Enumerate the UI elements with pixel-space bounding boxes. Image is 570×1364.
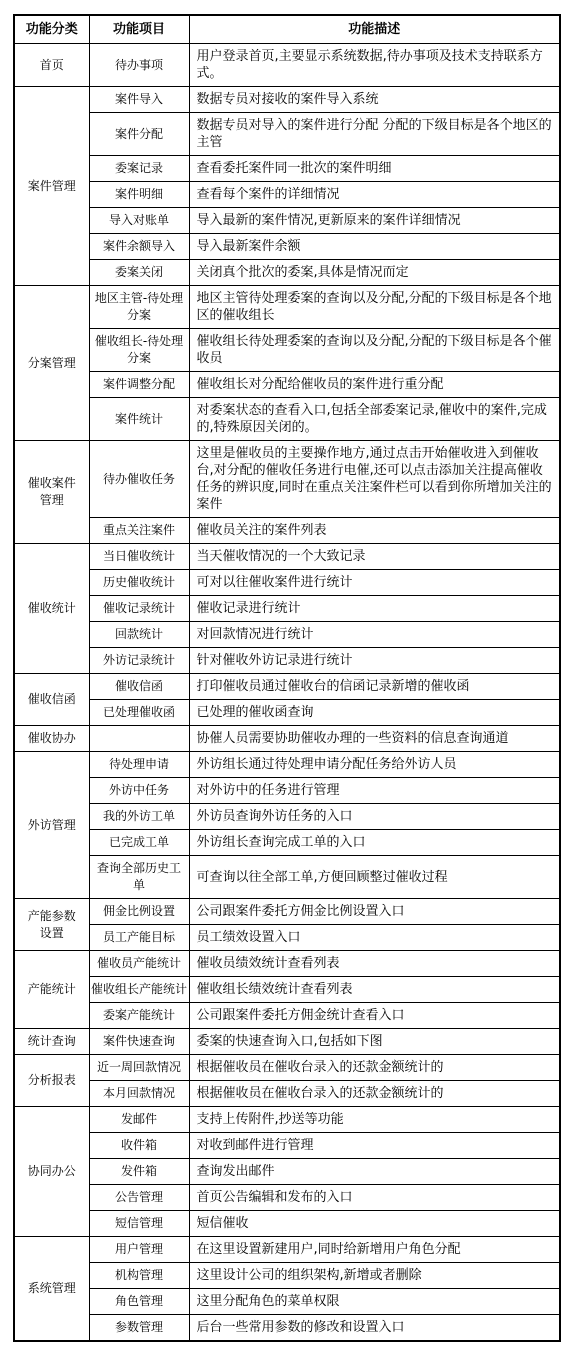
- item-cell: 待办催收任务: [89, 441, 189, 518]
- desc-cell: 查看委托案件同一批次的案件明细: [189, 156, 560, 182]
- header-row: 功能分类 功能项目 功能描述: [14, 15, 560, 44]
- item-cell: 待办事项: [89, 44, 189, 87]
- item-cell: 我的外访工单: [89, 804, 189, 830]
- category-cell: 统计查询: [14, 1029, 89, 1055]
- desc-cell: 导入最新的案件情况,更新原来的案件详细情况: [189, 208, 560, 234]
- item-cell: 外访记录统计: [89, 648, 189, 674]
- desc-cell: 已处理的催收函查询: [189, 700, 560, 726]
- category-cell: 催收信函: [14, 674, 89, 726]
- table-row: 回款统计对回款情况进行统计: [14, 622, 560, 648]
- table-row: 短信管理短信催收: [14, 1211, 560, 1237]
- desc-cell: 催收员关注的案件列表: [189, 518, 560, 544]
- desc-cell: 支持上传附件,抄送等功能: [189, 1107, 560, 1133]
- desc-cell: 员工绩效设置入口: [189, 925, 560, 951]
- header-description: 功能描述: [189, 15, 560, 44]
- desc-cell: 催收记录进行统计: [189, 596, 560, 622]
- item-cell: 查询全部历史工 单: [89, 856, 189, 899]
- item-cell: 外访中任务: [89, 778, 189, 804]
- table-row: 机构管理这里设计公司的组织架构,新增或者删除: [14, 1263, 560, 1289]
- table-row: 统计查询案件快速查询委案的快速查询入口,包括如下图: [14, 1029, 560, 1055]
- desc-cell: 对外访中的任务进行管理: [189, 778, 560, 804]
- table-row: 催收案件 管理待办催收任务这里是催收员的主要操作地方,通过点击开始催收进入到催收…: [14, 441, 560, 518]
- table-row: 案件余额导入导入最新案件余额: [14, 234, 560, 260]
- table-row: 产能统计催收员产能统计催收员绩效统计查看列表: [14, 951, 560, 977]
- item-cell: 角色管理: [89, 1289, 189, 1315]
- item-cell: 催收员产能统计: [89, 951, 189, 977]
- desc-cell: 催收组长绩效统计查看列表: [189, 977, 560, 1003]
- table-row: 分案管理地区主管-待处理 分案地区主管待处理委案的查询以及分配,分配的下级目标是…: [14, 286, 560, 329]
- item-cell: 案件余额导入: [89, 234, 189, 260]
- category-cell: 产能统计: [14, 951, 89, 1029]
- item-cell: 机构管理: [89, 1263, 189, 1289]
- desc-cell: 可查询以往全部工单,方便回顾整过催收过程: [189, 856, 560, 899]
- table-row: 发件箱查询发出邮件: [14, 1159, 560, 1185]
- table-row: 委案关闭关闭真个批次的委案,具体是情况而定: [14, 260, 560, 286]
- table-row: 公告管理首页公告编辑和发布的入口: [14, 1185, 560, 1211]
- table-row: 导入对账单导入最新的案件情况,更新原来的案件详细情况: [14, 208, 560, 234]
- table-row: 已处理催收函已处理的催收函查询: [14, 700, 560, 726]
- item-cell: 近一周回款情况: [89, 1055, 189, 1081]
- header-category: 功能分类: [14, 15, 89, 44]
- desc-cell: 外访员查询外访任务的入口: [189, 804, 560, 830]
- desc-cell: 这里分配角色的菜单权限: [189, 1289, 560, 1315]
- desc-cell: 公司跟案件委托方佣金统计查看入口: [189, 1003, 560, 1029]
- table-row: 外访记录统计针对催收外访记录进行统计: [14, 648, 560, 674]
- table-row: 分析报表近一周回款情况根据催收员在催收台录入的还款金额统计的: [14, 1055, 560, 1081]
- table-row: 催收信函催收信函打印催收员通过催收台的信函记录新增的催收函: [14, 674, 560, 700]
- table-row: 重点关注案件催收员关注的案件列表: [14, 518, 560, 544]
- desc-cell: 查看每个案件的详细情况: [189, 182, 560, 208]
- desc-cell: 外访组长查询完成工单的入口: [189, 830, 560, 856]
- table-row: 催收组长-待处理 分案催收组长待处理委案的查询以及分配,分配的下级目标是各个催收…: [14, 329, 560, 372]
- item-cell: 参数管理: [89, 1315, 189, 1342]
- item-cell: 委案关闭: [89, 260, 189, 286]
- table-row: 催收协办协催人员需要协助催收办理的一些资料的信息查询通道: [14, 726, 560, 752]
- item-cell: 案件导入: [89, 87, 189, 113]
- table-row: 历史催收统计可对以往催收案件进行统计: [14, 570, 560, 596]
- table-row: 催收记录统计催收记录进行统计: [14, 596, 560, 622]
- item-cell: 已完成工单: [89, 830, 189, 856]
- category-cell: 催收统计: [14, 544, 89, 674]
- table-row: 委案产能统计公司跟案件委托方佣金统计查看入口: [14, 1003, 560, 1029]
- item-cell: 用户管理: [89, 1237, 189, 1263]
- desc-cell: 后台一些常用参数的修改和设置入口: [189, 1315, 560, 1342]
- item-cell: 短信管理: [89, 1211, 189, 1237]
- header-item: 功能项目: [89, 15, 189, 44]
- item-cell: 催收信函: [89, 674, 189, 700]
- table-row: 首页待办事项用户登录首页,主要显示系统数据,待办事项及技术支持联系方式。: [14, 44, 560, 87]
- table-row: 委案记录查看委托案件同一批次的案件明细: [14, 156, 560, 182]
- desc-cell: 地区主管待处理委案的查询以及分配,分配的下级目标是各个地区的催收组长: [189, 286, 560, 329]
- table-row: 我的外访工单外访员查询外访任务的入口: [14, 804, 560, 830]
- item-cell: [89, 726, 189, 752]
- category-cell: 催收协办: [14, 726, 89, 752]
- desc-cell: 外访组长通过待处理申请分配任务给外访人员: [189, 752, 560, 778]
- item-cell: 已处理催收函: [89, 700, 189, 726]
- item-cell: 本月回款情况: [89, 1081, 189, 1107]
- function-spec-table: 功能分类 功能项目 功能描述 首页待办事项用户登录首页,主要显示系统数据,待办事…: [13, 14, 561, 1342]
- item-cell: 发邮件: [89, 1107, 189, 1133]
- desc-cell: 短信催收: [189, 1211, 560, 1237]
- desc-cell: 催收组长对分配给催收员的案件进行重分配: [189, 372, 560, 398]
- desc-cell: 对回款情况进行统计: [189, 622, 560, 648]
- desc-cell: 公司跟案件委托方佣金比例设置入口: [189, 899, 560, 925]
- table-row: 案件分配数据专员对导入的案件进行分配 分配的下级目标是各个地区的主管: [14, 113, 560, 156]
- table-body: 首页待办事项用户登录首页,主要显示系统数据,待办事项及技术支持联系方式。案件管理…: [14, 44, 560, 1342]
- function-spec-document: 功能分类 功能项目 功能描述 首页待办事项用户登录首页,主要显示系统数据,待办事…: [0, 0, 570, 1361]
- item-cell: 委案记录: [89, 156, 189, 182]
- table-row: 收件箱对收到邮件进行管理: [14, 1133, 560, 1159]
- table-row: 角色管理这里分配角色的菜单权限: [14, 1289, 560, 1315]
- item-cell: 佣金比例设置: [89, 899, 189, 925]
- item-cell: 催收组长-待处理 分案: [89, 329, 189, 372]
- table-row: 案件统计对委案状态的查看入口,包括全部委案记录,催收中的案件,完成的,特殊原因关…: [14, 398, 560, 441]
- table-row: 产能参数 设置佣金比例设置公司跟案件委托方佣金比例设置入口: [14, 899, 560, 925]
- category-cell: 协同办公: [14, 1107, 89, 1237]
- desc-cell: 首页公告编辑和发布的入口: [189, 1185, 560, 1211]
- table-row: 协同办公发邮件支持上传附件,抄送等功能: [14, 1107, 560, 1133]
- category-cell: 系统管理: [14, 1237, 89, 1342]
- desc-cell: 对委案状态的查看入口,包括全部委案记录,催收中的案件,完成的,特殊原因关闭的。: [189, 398, 560, 441]
- desc-cell: 导入最新案件余额: [189, 234, 560, 260]
- table-row: 外访中任务对外访中的任务进行管理: [14, 778, 560, 804]
- table-row: 本月回款情况根据催收员在催收台录入的还款金额统计的: [14, 1081, 560, 1107]
- item-cell: 员工产能目标: [89, 925, 189, 951]
- table-row: 催收统计当日催收统计当天催收情况的一个大致记录: [14, 544, 560, 570]
- item-cell: 案件明细: [89, 182, 189, 208]
- item-cell: 催收记录统计: [89, 596, 189, 622]
- table-row: 案件调整分配催收组长对分配给催收员的案件进行重分配: [14, 372, 560, 398]
- category-cell: 案件管理: [14, 87, 89, 286]
- desc-cell: 协催人员需要协助催收办理的一些资料的信息查询通道: [189, 726, 560, 752]
- category-cell: 分析报表: [14, 1055, 89, 1107]
- desc-cell: 可对以往催收案件进行统计: [189, 570, 560, 596]
- table-row: 参数管理后台一些常用参数的修改和设置入口: [14, 1315, 560, 1342]
- item-cell: 当日催收统计: [89, 544, 189, 570]
- item-cell: 催收组长产能统计: [89, 977, 189, 1003]
- item-cell: 收件箱: [89, 1133, 189, 1159]
- item-cell: 导入对账单: [89, 208, 189, 234]
- item-cell: 回款统计: [89, 622, 189, 648]
- item-cell: 地区主管-待处理 分案: [89, 286, 189, 329]
- desc-cell: 根据催收员在催收台录入的还款金额统计的: [189, 1081, 560, 1107]
- item-cell: 案件快速查询: [89, 1029, 189, 1055]
- table-row: 员工产能目标员工绩效设置入口: [14, 925, 560, 951]
- category-cell: 催收案件 管理: [14, 441, 89, 544]
- item-cell: 案件分配: [89, 113, 189, 156]
- desc-cell: 打印催收员通过催收台的信函记录新增的催收函: [189, 674, 560, 700]
- desc-cell: 这里是催收员的主要操作地方,通过点击开始催收进入到催收台,对分配的催收任务进行电…: [189, 441, 560, 518]
- desc-cell: 数据专员对导入的案件进行分配 分配的下级目标是各个地区的主管: [189, 113, 560, 156]
- category-cell: 分案管理: [14, 286, 89, 441]
- table-row: 系统管理用户管理在这里设置新建用户,同时给新增用户角色分配: [14, 1237, 560, 1263]
- category-cell: 外访管理: [14, 752, 89, 899]
- desc-cell: 这里设计公司的组织架构,新增或者删除: [189, 1263, 560, 1289]
- item-cell: 发件箱: [89, 1159, 189, 1185]
- desc-cell: 针对催收外访记录进行统计: [189, 648, 560, 674]
- desc-cell: 在这里设置新建用户,同时给新增用户角色分配: [189, 1237, 560, 1263]
- table-row: 催收组长产能统计催收组长绩效统计查看列表: [14, 977, 560, 1003]
- item-cell: 历史催收统计: [89, 570, 189, 596]
- desc-cell: 委案的快速查询入口,包括如下图: [189, 1029, 560, 1055]
- table-row: 已完成工单外访组长查询完成工单的入口: [14, 830, 560, 856]
- item-cell: 公告管理: [89, 1185, 189, 1211]
- table-row: 外访管理待处理申请外访组长通过待处理申请分配任务给外访人员: [14, 752, 560, 778]
- item-cell: 重点关注案件: [89, 518, 189, 544]
- desc-cell: 催收员绩效统计查看列表: [189, 951, 560, 977]
- item-cell: 案件统计: [89, 398, 189, 441]
- desc-cell: 数据专员对接收的案件导入系统: [189, 87, 560, 113]
- table-row: 查询全部历史工 单可查询以往全部工单,方便回顾整过催收过程: [14, 856, 560, 899]
- desc-cell: 关闭真个批次的委案,具体是情况而定: [189, 260, 560, 286]
- desc-cell: 用户登录首页,主要显示系统数据,待办事项及技术支持联系方式。: [189, 44, 560, 87]
- category-cell: 首页: [14, 44, 89, 87]
- desc-cell: 查询发出邮件: [189, 1159, 560, 1185]
- item-cell: 案件调整分配: [89, 372, 189, 398]
- item-cell: 待处理申请: [89, 752, 189, 778]
- desc-cell: 当天催收情况的一个大致记录: [189, 544, 560, 570]
- desc-cell: 催收组长待处理委案的查询以及分配,分配的下级目标是各个催收员: [189, 329, 560, 372]
- category-cell: 产能参数 设置: [14, 899, 89, 951]
- desc-cell: 根据催收员在催收台录入的还款金额统计的: [189, 1055, 560, 1081]
- table-row: 案件管理案件导入数据专员对接收的案件导入系统: [14, 87, 560, 113]
- desc-cell: 对收到邮件进行管理: [189, 1133, 560, 1159]
- item-cell: 委案产能统计: [89, 1003, 189, 1029]
- table-row: 案件明细查看每个案件的详细情况: [14, 182, 560, 208]
